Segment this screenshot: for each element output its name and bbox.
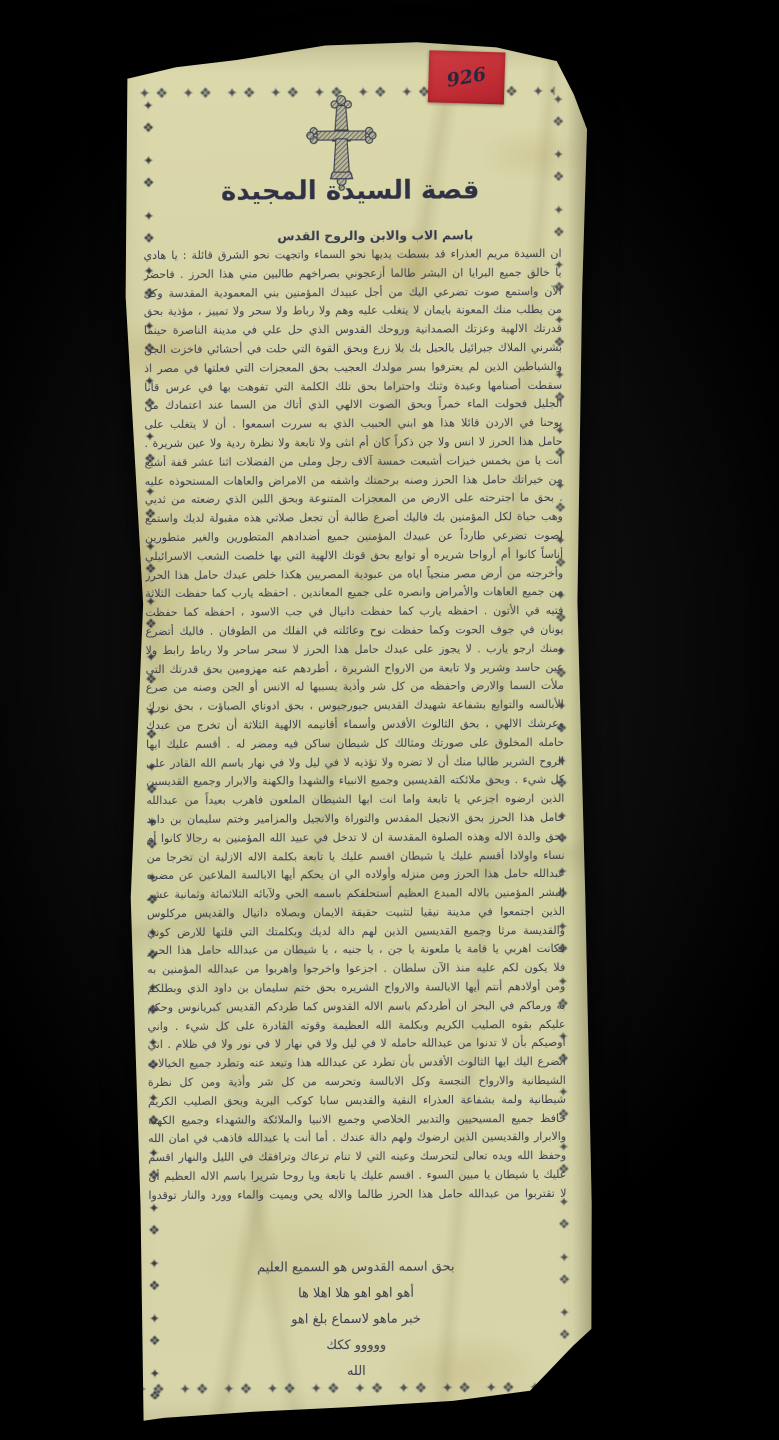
document-body-text: ان السيدة مريم العذراء قد بسطت يديها نحو…	[143, 245, 566, 1202]
sticker-number: 926	[445, 63, 488, 92]
photo-background: ✦❖ ✦❖ ✦❖ ✦❖ ✦❖ ✦❖ ✦❖ ✦❖ ✦❖ ✦❖ ✦❖ ✦❖ ✦❖ ✦…	[0, 0, 779, 1440]
basmala-line: باسم الاب والابن والروح القدس	[277, 227, 473, 243]
document-title: قصة السيدة المجيدة	[109, 175, 591, 208]
closing-line: أهو اهو اهو هلا اهلا ها	[115, 1280, 597, 1309]
closing-line: ووووو ككك	[115, 1332, 597, 1361]
closing-line: الله	[115, 1358, 597, 1387]
closing-formulae: بحق اسمه القدوس هو السميع العليمأهو اهو …	[115, 1254, 598, 1387]
paper-wrapper: ✦❖ ✦❖ ✦❖ ✦❖ ✦❖ ✦❖ ✦❖ ✦❖ ✦❖ ✦❖ ✦❖ ✦❖ ✦❖ ✦…	[0, 0, 779, 1440]
inventory-sticker: 926	[428, 50, 506, 104]
closing-line: خبر ماهو لاسماع بلغ اهو	[115, 1306, 597, 1335]
closing-line: بحق اسمه القدوس هو السميع العليم	[115, 1254, 597, 1283]
paper-scroll: ✦❖ ✦❖ ✦❖ ✦❖ ✦❖ ✦❖ ✦❖ ✦❖ ✦❖ ✦❖ ✦❖ ✦❖ ✦❖ ✦…	[108, 29, 597, 1430]
